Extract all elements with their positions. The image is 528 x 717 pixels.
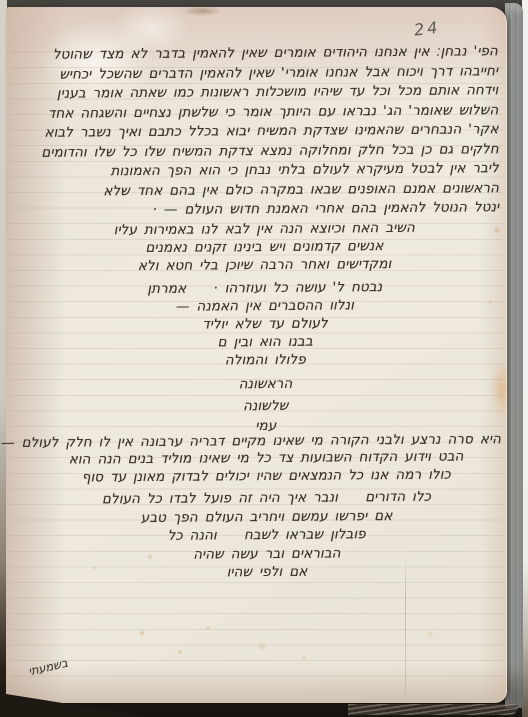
- manuscript-line: אם ולפי שהיו: [32, 561, 502, 583]
- bottom-stack-lines: [348, 704, 518, 715]
- manuscript-line: ומקדישים ואחר הרבה שיוכן בלי חטא ולא: [30, 254, 500, 276]
- text-block: הפי' נבחן׃ אין אנחנו היהודים אומרים שאין…: [28, 42, 502, 583]
- photo-frame: 24 הפי' נבחן׃ אין אנחנו היהודים אומרים ש…: [0, 0, 528, 717]
- manuscript-line: ינטל הנוטל להאמין בהם אחרי האמנת חדוש הע…: [29, 198, 499, 221]
- manuscript-line: כלו הדורים ונבר איך היה זה פועל לבדו כל …: [31, 487, 501, 509]
- manuscript-line: כולו רמה אנו כל הנמצאים שהיו יכולים לבדו…: [31, 466, 501, 487]
- manuscript-line: פלולו והמולה: [30, 349, 500, 371]
- crease-line: [405, 552, 406, 702]
- folio-number: 24: [413, 17, 441, 39]
- page-edge-stack: [505, 3, 523, 708]
